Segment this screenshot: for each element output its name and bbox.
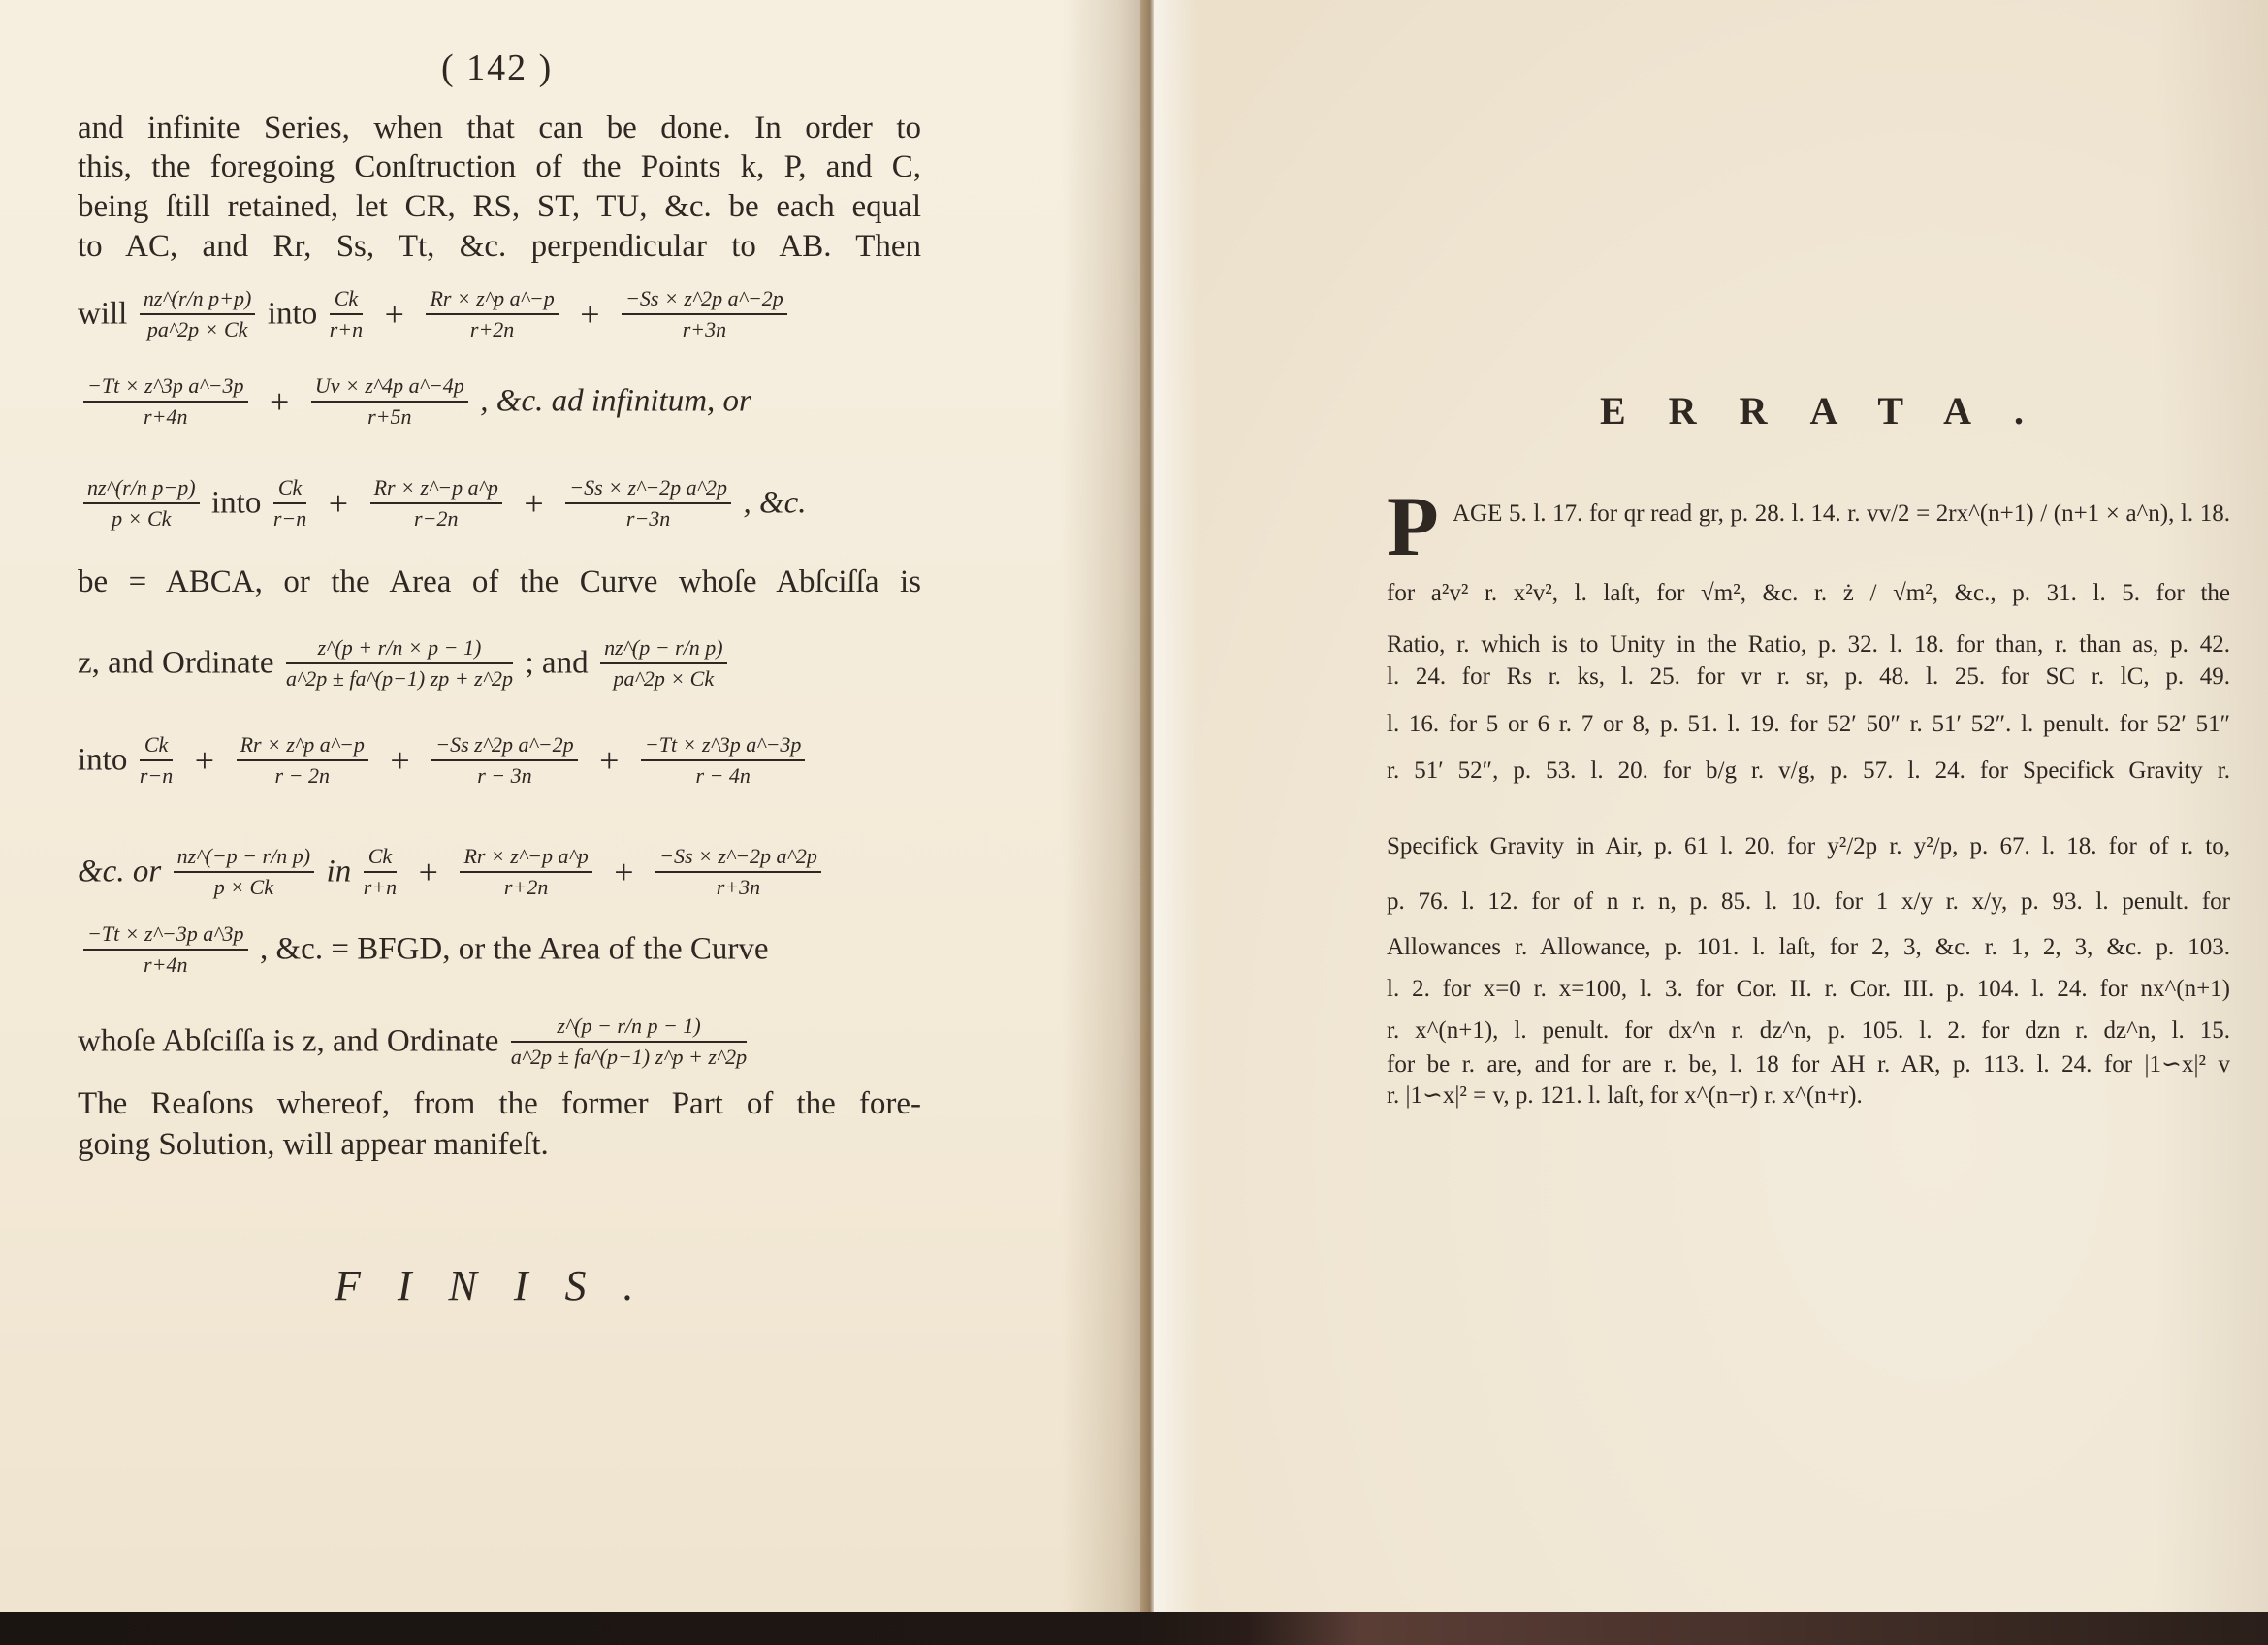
- equation-line-2: −Tt × z^3p a^−3pr+4n + Uv × z^4p a^−4pr+…: [78, 373, 751, 430]
- paragraph-line: being ſtill retained, let CR, RS, ST, TU…: [78, 187, 921, 226]
- equation-lead: &c. or: [78, 855, 161, 889]
- fraction: nz^(p − r/n p)pa^2p × Ck: [600, 635, 727, 692]
- plus-sign: +: [270, 382, 289, 421]
- fraction: Rr × z^−p a^pr−2n: [370, 475, 502, 532]
- paragraph-line: this, the foregoing Conſtruction of the …: [78, 147, 921, 186]
- errata-line: AGE 5. l. 17. for qr read gr, p. 28. l. …: [1453, 500, 2230, 529]
- equation-text: ; and: [526, 646, 589, 681]
- fraction: Rr × z^−p a^pr+2n: [460, 844, 591, 900]
- fraction: Uv × z^4p a^−4pr+5n: [311, 373, 468, 430]
- plus-sign: +: [419, 853, 438, 891]
- paragraph-line: be = ABCA, or the Area of the Curve whoſ…: [78, 563, 921, 601]
- plus-sign: +: [390, 741, 409, 780]
- errata-line: r. |1∽x|² = v, p. 121. l. laſt, for x^(n…: [1387, 1081, 2230, 1111]
- paragraph-line: to AC, and Rr, Ss, Tt, &c. perpendicular…: [78, 227, 921, 266]
- equation-text: in: [327, 855, 352, 889]
- page-number: ( 142 ): [441, 47, 553, 89]
- equation-line-1: will nz^(r/n p+p)pa^2p × Ck into Ckr+n +…: [78, 286, 793, 342]
- fraction: nz^(r/n p+p)pa^2p × Ck: [140, 286, 256, 342]
- errata-line: r. 51′ 52″, p. 53. l. 20. for b/g r. v/g…: [1387, 757, 2230, 786]
- equation-text: into: [268, 297, 317, 332]
- finis-label: FINIS.: [335, 1261, 671, 1310]
- errata-title: ERRATA.: [1600, 388, 2066, 434]
- errata-line: Ratio, r. which is to Unity in the Ratio…: [1387, 630, 2230, 660]
- bfgd-line: −Tt × z^−3p a^3pr+4n , &c. = BFGD, or th…: [78, 921, 769, 978]
- fraction: −Ss × z^−2p a^2pr+3n: [655, 844, 821, 900]
- errata-line: Allowances r. Allowance, p. 101. l. laſt…: [1387, 933, 2230, 962]
- book-cover-edge: [0, 1612, 2268, 1645]
- errata-line: for a²v² r. x²v², l. laſt, for √m², &c. …: [1387, 579, 2230, 608]
- left-page: ( 142 ) and infinite Series, when that c…: [0, 0, 1154, 1614]
- paragraph-line: going Solution, will appear manifeſt.: [78, 1125, 921, 1164]
- fraction: Ckr−n: [273, 475, 306, 532]
- errata-line: p. 76. l. 12. for of n r. n, p. 85. l. 1…: [1387, 887, 2230, 917]
- plus-sign: +: [614, 853, 633, 891]
- equation-lead: whoſe Abſciſſa is z, and Ordinate: [78, 1024, 498, 1059]
- plus-sign: +: [524, 484, 543, 523]
- drop-cap: P: [1387, 485, 1439, 570]
- equation-text: , &c. = BFGD, or the Area of the Curve: [260, 932, 769, 967]
- fraction: −Tt × z^3p a^−3pr+4n: [83, 373, 248, 430]
- fraction: Ckr−n: [140, 732, 173, 789]
- errata-line: r. x^(n+1), l. penult. for dx^n r. dz^n,…: [1387, 1016, 2230, 1046]
- into-line: into Ckr−n + Rr × z^p a^−pr − 2n + −Ss z…: [78, 732, 811, 789]
- plus-sign: +: [580, 295, 599, 334]
- equation-text: , &c.: [743, 486, 806, 521]
- plus-sign: +: [329, 484, 348, 523]
- equation-lead: into: [78, 743, 127, 778]
- plus-sign: +: [195, 741, 214, 780]
- equation-text: into: [211, 486, 261, 521]
- fraction: nz^(r/n p−p)p × Ck: [83, 475, 200, 532]
- errata-line: l. 24. for Rs r. ks, l. 25. for vr r. sr…: [1387, 662, 2230, 692]
- fraction: −Tt × z^3p a^−3pr − 4n: [641, 732, 806, 789]
- fraction: Rr × z^p a^−pr+2n: [426, 286, 558, 342]
- ordinate-line: z, and Ordinate z^(p + r/n × p − 1)a^2p …: [78, 635, 733, 692]
- fraction: z^(p + r/n × p − 1)a^2p ± fa^(p−1) zp + …: [286, 635, 513, 692]
- fraction: −Ss z^2p a^−2pr − 3n: [431, 732, 577, 789]
- equation-lead: z, and Ordinate: [78, 646, 274, 681]
- fraction: z^(p − r/n p − 1)a^2p ± fa^(p−1) z^p + z…: [511, 1014, 747, 1070]
- errata-line: l. 2. for x=0 r. x=100, l. 3. for Cor. I…: [1387, 975, 2230, 1004]
- fraction: nz^(−p − r/n p)p × Ck: [174, 844, 314, 900]
- fraction: Ckr+n: [330, 286, 363, 342]
- fraction: Rr × z^p a^−pr − 2n: [237, 732, 368, 789]
- errata-line: Specifick Gravity in Air, p. 61 l. 20. f…: [1387, 832, 2230, 861]
- fraction: −Ss × z^2p a^−2pr+3n: [622, 286, 787, 342]
- plus-sign: +: [385, 295, 404, 334]
- paragraph-line: The Reaſons whereof, from the former Par…: [78, 1084, 921, 1123]
- whose-line: whoſe Abſciſſa is z, and Ordinate z^(p −…: [78, 1014, 752, 1070]
- fraction: −Ss × z^−2p a^2pr−3n: [565, 475, 731, 532]
- right-page: [1154, 0, 2268, 1616]
- equation-line-3: nz^(r/n p−p)p × Ck into Ckr−n + Rr × z^−…: [78, 475, 807, 532]
- errata-line: l. 16. for 5 or 6 r. 7 or 8, p. 51. l. 1…: [1387, 710, 2230, 739]
- equation-lead: will: [78, 297, 127, 332]
- fraction: −Tt × z^−3p a^3pr+4n: [83, 921, 248, 978]
- or-line: &c. or nz^(−p − r/n p)p × Ck in Ckr+n + …: [78, 844, 827, 900]
- errata-line: for be r. are, and for are r. be, l. 18 …: [1387, 1050, 2230, 1080]
- equation-text: , &c. ad infinitum, or: [480, 384, 751, 419]
- plus-sign: +: [599, 741, 619, 780]
- fraction: Ckr+n: [364, 844, 397, 900]
- paragraph-line: and infinite Series, when that can be do…: [78, 109, 921, 147]
